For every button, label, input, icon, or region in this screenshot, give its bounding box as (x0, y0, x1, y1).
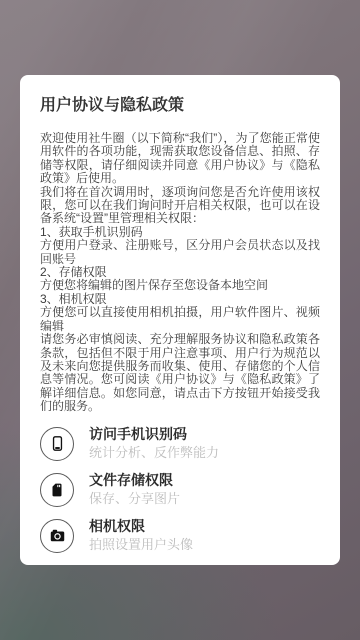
permission-title: 相机权限 (89, 518, 193, 535)
phone-icon (40, 427, 74, 461)
sd-storage-icon (40, 473, 74, 507)
privacy-policy-dialog: 用户协议与隐私政策 欢迎使用社牛圈（以下简称“我们”），为了您能正常使用软件的各… (20, 75, 340, 565)
permission-item-camera: 相机权限 拍照设置用户头像 (40, 519, 320, 553)
permission-desc: 保存、分享图片 (89, 491, 180, 507)
permission-item-storage: 文件存储权限 保存、分享图片 (40, 473, 320, 507)
permission-item-phone-id: 访问手机识别码 统计分析、反作弊能力 (40, 427, 320, 461)
permission-desc: 拍照设置用户头像 (89, 537, 193, 553)
dialog-title: 用户协议与隐私政策 (40, 97, 320, 115)
camera-icon (40, 519, 74, 553)
agreement-body-text: 欢迎使用社牛圈（以下简称“我们”），为了您能正常使用软件的各项功能，现需获取您设… (40, 132, 320, 414)
permission-desc: 统计分析、反作弊能力 (89, 445, 219, 461)
permission-list: 访问手机识别码 统计分析、反作弊能力 文件存储权限 保存、分享图片 (40, 427, 320, 553)
permission-title: 文件存储权限 (89, 472, 180, 489)
permission-title: 访问手机识别码 (89, 426, 219, 443)
